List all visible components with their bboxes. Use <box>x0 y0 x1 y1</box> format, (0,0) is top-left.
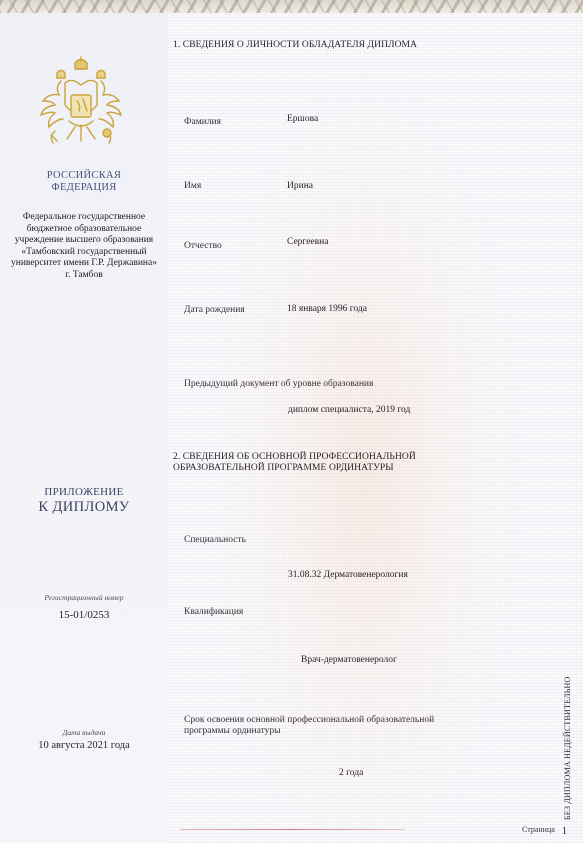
validity-note: БЕЗ ДИПЛОМА НЕДЕЙСТВИТЕЛЬНО <box>563 677 572 820</box>
qualification-label: Квалификация <box>184 607 243 617</box>
issue-date: 10 августа 2021 года <box>0 740 168 751</box>
section-2-title-line-2: ОБРАЗОВАТЕЛЬНОЙ ПРОГРАММЕ ОРДИНАТУРЫ <box>173 463 473 474</box>
ornamental-top-border <box>0 0 583 13</box>
country-name: РОССИЙСКАЯ ФЕДЕРАЦИЯ <box>0 170 168 194</box>
country-line-1: РОССИЙСКАЯ <box>0 170 168 182</box>
name-label: Имя <box>184 181 201 191</box>
institution-line: «Тамбовский государственный <box>0 247 168 259</box>
institution-line: бюджетное образовательное <box>0 224 168 236</box>
registration-number: 15-01/0253 <box>0 609 168 621</box>
surname-value: Ершова <box>287 114 318 124</box>
name-value: Ирина <box>287 181 313 191</box>
institution-line: университет имени Г.Р. Державина» <box>0 258 168 270</box>
institution-name: Федеральное государственное бюджетное об… <box>0 212 168 281</box>
patronymic-value: Сергеевна <box>287 237 328 247</box>
appendix-title-line-1: ПРИЛОЖЕНИЕ <box>0 486 168 498</box>
specialty-label: Специальность <box>184 535 246 545</box>
russian-double-headed-eagle-icon <box>35 55 127 160</box>
bottom-divider <box>180 829 405 830</box>
program-term-label-line-2: программы ординатуры <box>184 726 484 737</box>
surname-label: Фамилия <box>184 117 221 127</box>
page-label: Страница <box>522 825 555 834</box>
birth-date-label: Дата рождения <box>184 305 245 315</box>
guilloche-rosette <box>230 60 530 820</box>
appendix-title: ПРИЛОЖЕНИЕ К ДИПЛОМУ <box>0 486 168 516</box>
page-number: 1 <box>562 826 567 837</box>
program-term-value: 2 года <box>339 768 363 778</box>
specialty-value: 31.08.32 Дерматовенерология <box>288 570 408 580</box>
country-line-2: ФЕДЕРАЦИЯ <box>0 182 168 194</box>
institution-line: учреждение высшего образования <box>0 235 168 247</box>
appendix-title-line-2: К ДИПЛОМУ <box>0 499 168 516</box>
previous-document-value: диплом специалиста, 2019 год <box>288 405 410 415</box>
previous-document-label: Предыдущий документ об уровне образовани… <box>184 379 373 389</box>
section-1-title: 1. СВЕДЕНИЯ О ЛИЧНОСТИ ОБЛАДАТЕЛЯ ДИПЛОМ… <box>173 40 417 50</box>
qualification-value: Врач-дерматовенеролог <box>301 655 397 665</box>
birth-date-value: 18 января 1996 года <box>287 304 367 314</box>
institution-city: г. Тамбов <box>0 270 168 282</box>
program-term-label-line-1: Срок освоения основной профессиональной … <box>184 715 484 726</box>
issue-date-label: Дата выдачи <box>0 728 168 737</box>
program-term-label: Срок освоения основной профессиональной … <box>184 715 484 737</box>
section-2-title: 2. СВЕДЕНИЯ ОБ ОСНОВНОЙ ПРОФЕССИОНАЛЬНОЙ… <box>173 452 473 474</box>
patronymic-label: Отчество <box>184 241 222 251</box>
registration-number-label: Регистрационный номер <box>0 593 168 602</box>
section-2-title-line-1: 2. СВЕДЕНИЯ ОБ ОСНОВНОЙ ПРОФЕССИОНАЛЬНОЙ <box>173 452 473 463</box>
institution-line: Федеральное государственное <box>0 212 168 224</box>
